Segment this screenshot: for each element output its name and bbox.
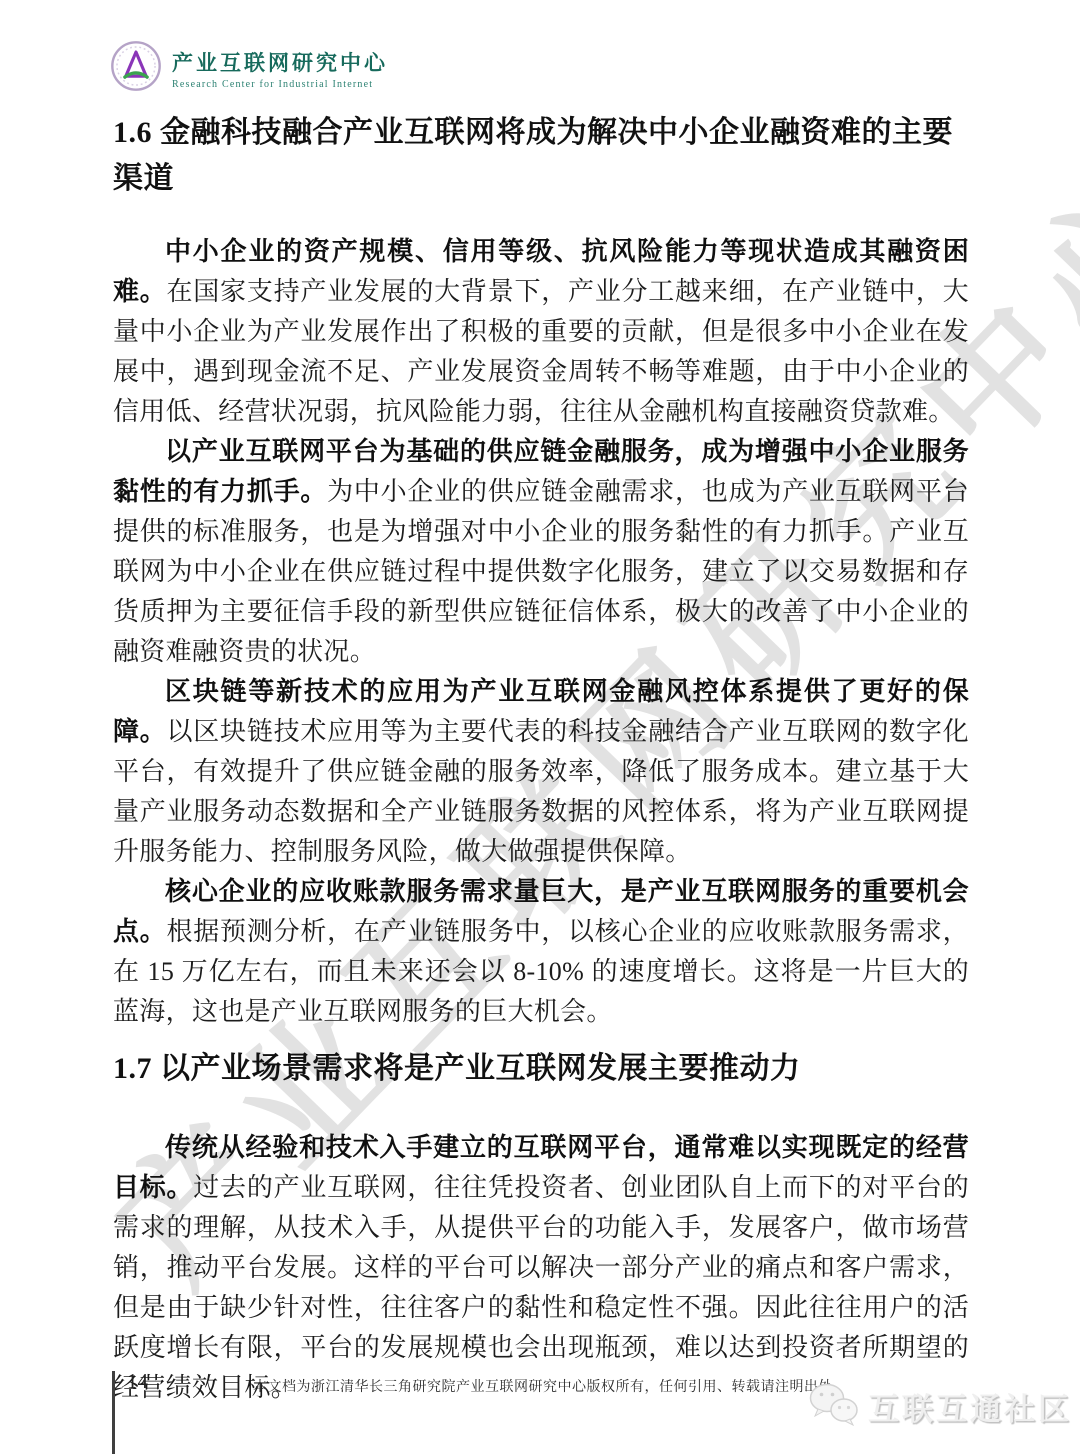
paragraph-text: 在国家支持产业发展的大背景下，产业分工越来细，在产业链中，大量中小企业为产业发展…: [113, 277, 969, 426]
paragraph: 以产业互联网平台为基础的供应链金融服务，成为增强中小企业服务黏性的有力抓手。为中…: [113, 432, 969, 672]
document-page: 产业互联网研究中心 产业互联网研究中心 Research Center for …: [0, 0, 1080, 1454]
community-watermark: 互联互通社区: [808, 1381, 1072, 1432]
section-heading-1-7: 1.7 以产业场景需求将是产业互联网发展主要推动力: [113, 1046, 969, 1092]
paragraph-text: 过去的产业互联网，往往凭投资者、创业团队自上而下的对平台的需求的理解，从技术入手…: [113, 1173, 969, 1402]
paragraph-text: 根据预测分析，在产业链服务中，以核心企业的应收账款服务需求，在 15 万亿左右，…: [113, 917, 969, 1026]
community-label: 互联互通社区: [868, 1384, 1072, 1429]
paragraph: 区块链等新技术的应用为产业互联网金融风控体系提供了更好的保障。以区块链技术应用等…: [113, 672, 969, 872]
copyright-text: 本文档为浙江清华长三角研究院产业互联网研究中心版权所有，任何引用、转载请注明出处…: [253, 1376, 853, 1396]
paragraph: 核心企业的应收账款服务需求量巨大，是产业互联网服务的重要机会点。根据预测分析，在…: [113, 872, 969, 1032]
logo-title: 产业互联网研究中心: [172, 47, 388, 77]
logo-subtitle: Research Center for Industrial Internet: [172, 79, 388, 90]
section-heading-1-6: 1.6 金融科技融合产业互联网将成为解决中小企业融资难的主要渠道: [113, 110, 969, 202]
paragraph: 传统从经验和技术入手建立的互联网平台，通常难以实现既定的经营目标。过去的产业互联…: [113, 1128, 969, 1408]
wechat-chat-bubbles-icon: [808, 1381, 860, 1432]
emblem-ring-triangle-icon: [110, 40, 162, 97]
paragraph: 中小企业的资产规模、信用等级、抗风险能力等现状造成其融资困难。在国家支持产业发展…: [113, 232, 969, 432]
page-number: 14: [127, 1369, 148, 1394]
header-logo: 产业互联网研究中心 Research Center for Industrial…: [110, 40, 388, 97]
paragraph-text: 以区块链技术应用等为主要代表的科技金融结合产业互联网的数字化平台，有效提升了供应…: [113, 717, 969, 866]
footer-divider: [112, 1371, 115, 1454]
document-body: 1.6 金融科技融合产业互联网将成为解决中小企业融资难的主要渠道 中小企业的资产…: [113, 110, 969, 1408]
